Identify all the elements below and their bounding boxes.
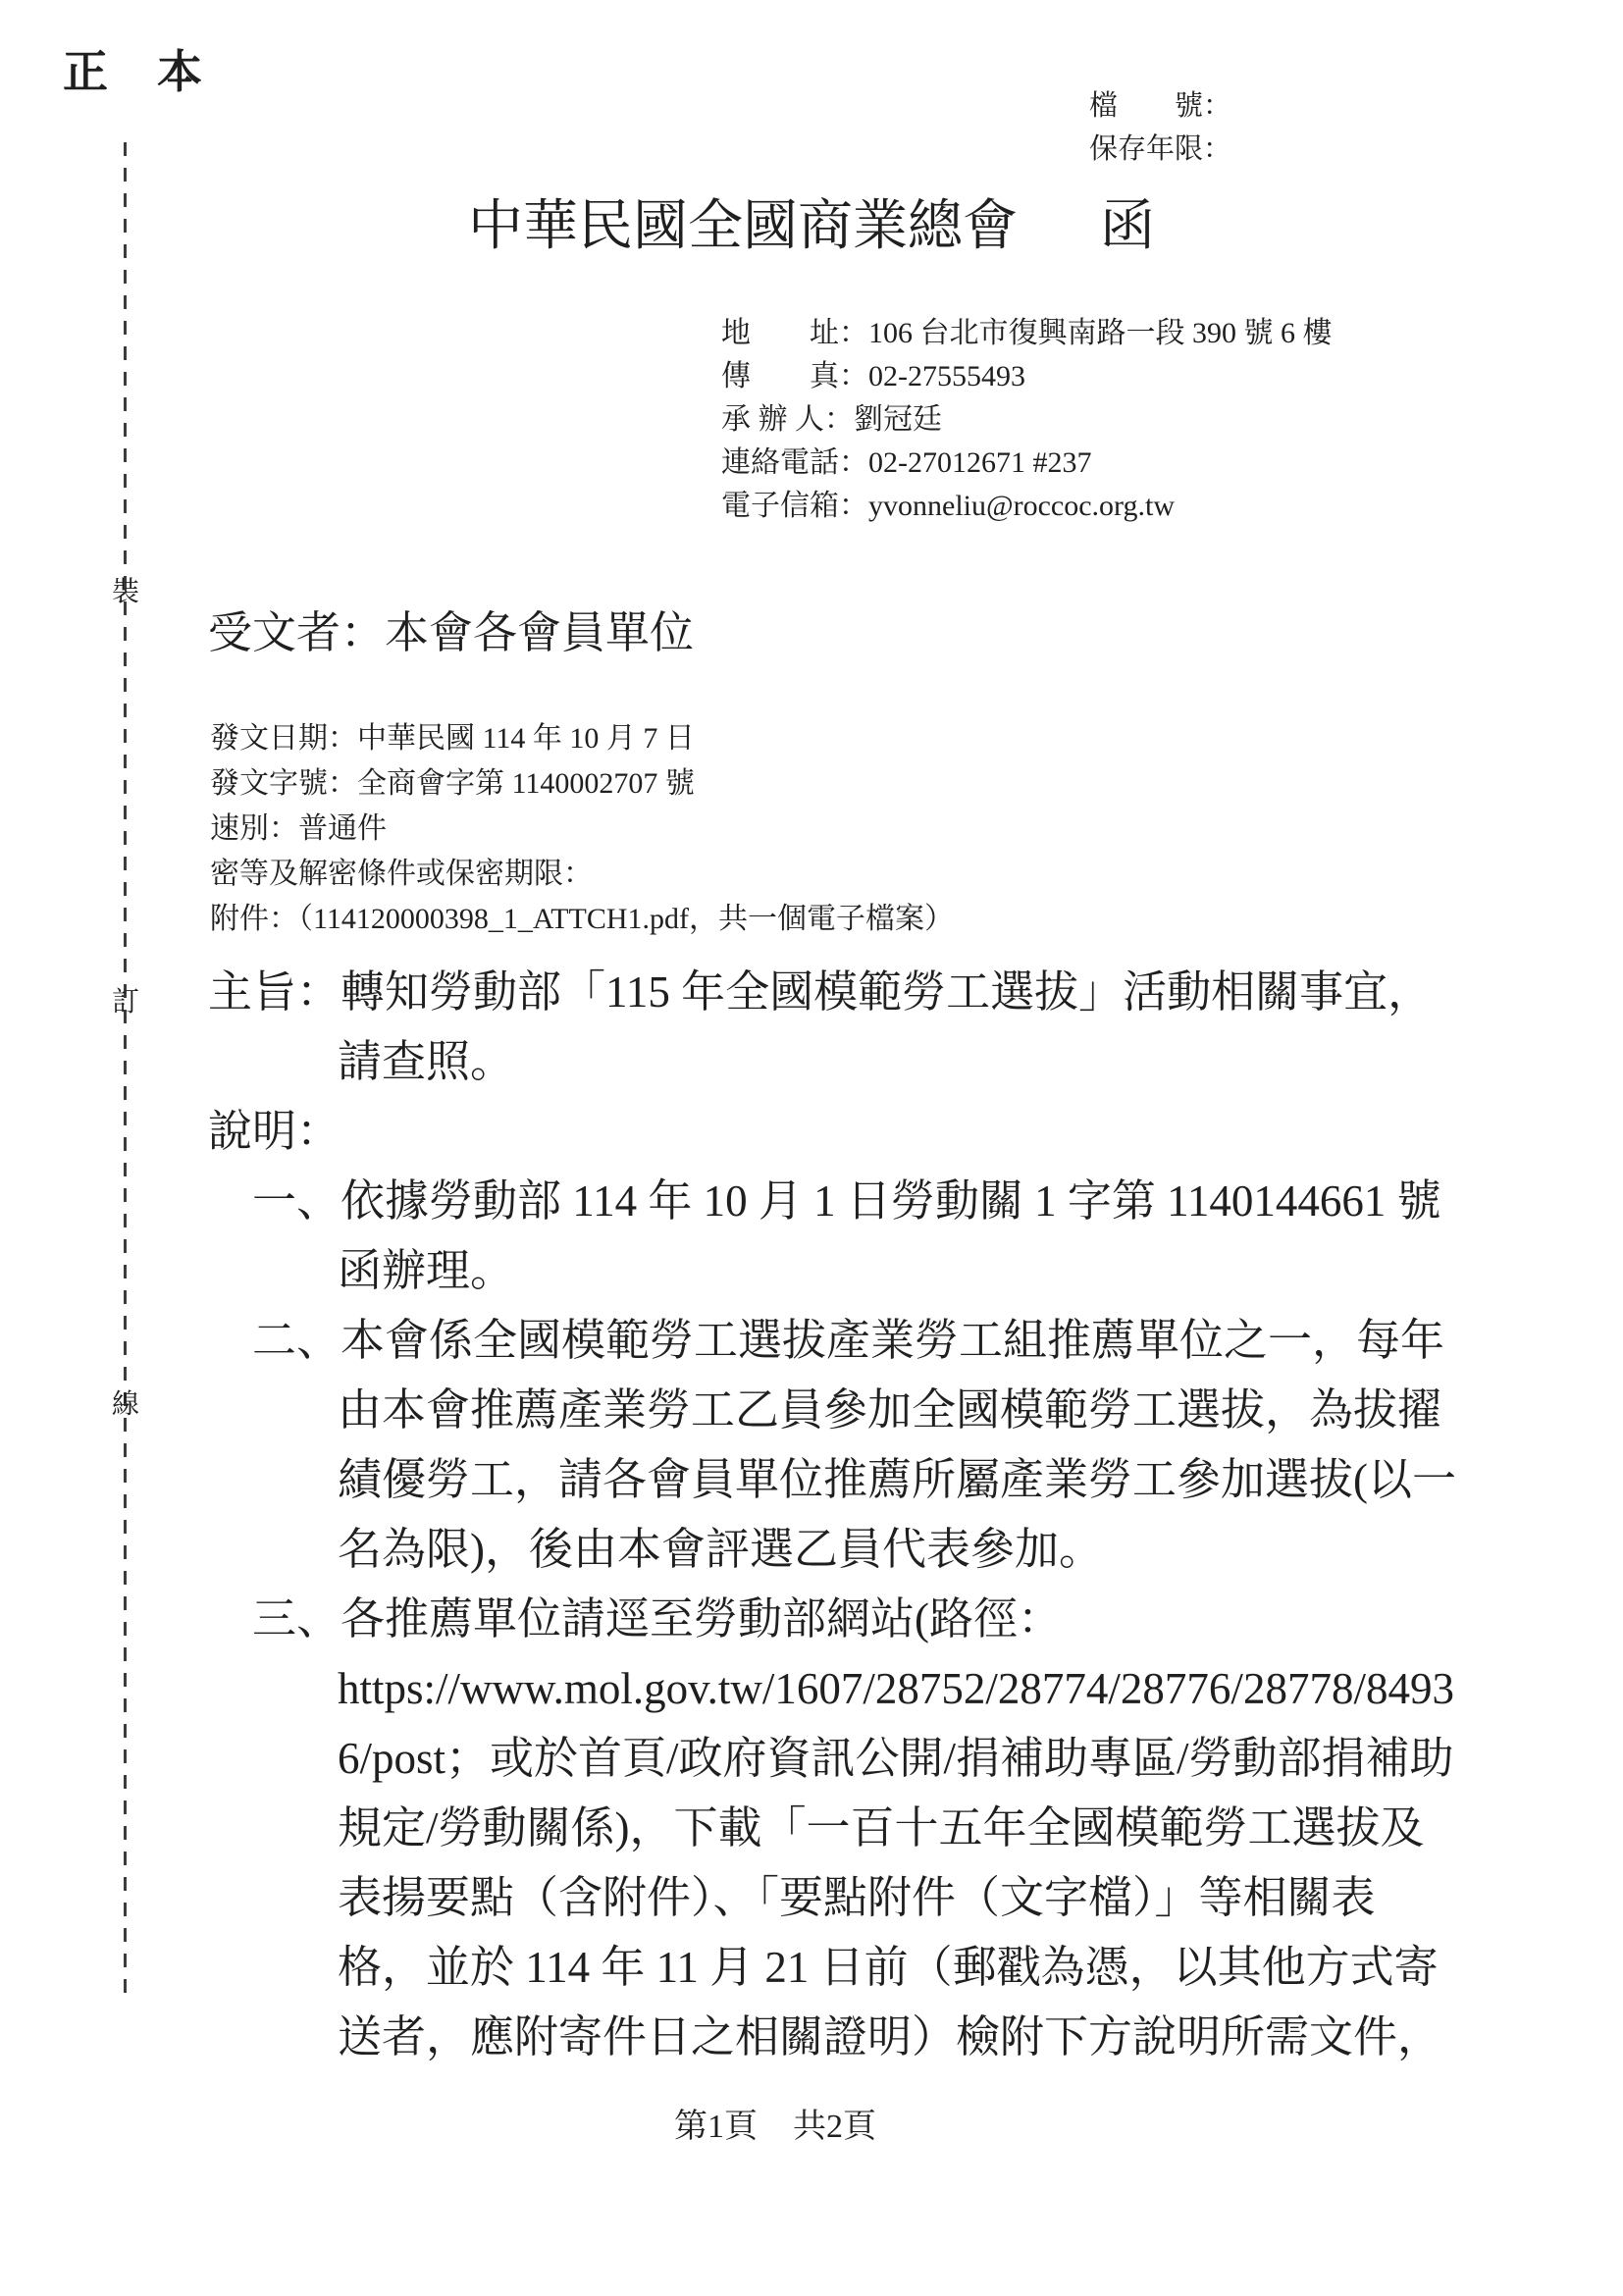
item-3-text: 各推薦單位請逕至勞動部網站(路徑： — [340, 1594, 1062, 1644]
item-2-text: 本會係全國模範勞工選拔產業勞工組推薦單位之一，每年 — [340, 1316, 1444, 1365]
issue-date-value: 中華民國 114 年 10 月 7 日 — [357, 722, 695, 755]
binding-dashed-line — [124, 142, 127, 2002]
item-2-line-2: 由本會推薦產業勞工乙員參加全國模範勞工選拔，為拔擢 — [338, 1376, 1513, 1445]
item-3-line-7: 送者，應附寄件日之相關證明）檢附下方說明所需文件， — [338, 2003, 1513, 2072]
explanation-heading: 說明： — [208, 1097, 1513, 1167]
recipient-line: 受文者：本會各會員單位 — [208, 604, 694, 661]
address-value: 106 台北市復興南路一段 390 號 6 樓 — [868, 317, 1333, 349]
recipient-label: 受文者： — [208, 608, 385, 657]
meta-row-security-class: 密等及解密條件或保密期限： — [210, 852, 954, 897]
attachment-value: （114120000398_1_ATTCH1.pdf，共一個電子檔案） — [298, 903, 954, 935]
item-1-number: 一、 — [252, 1167, 340, 1236]
meta-row-attachment: 附件：（114120000398_1_ATTCH1.pdf，共一個電子檔案） — [210, 897, 954, 942]
issue-date-label: 發文日期： — [210, 722, 357, 755]
issuing-org-name: 中華民國全國商業總會 — [468, 196, 1018, 257]
item-3-number: 三、 — [252, 1585, 340, 1654]
ref-number-value: 全商會字第 1140002707 號 — [357, 767, 695, 800]
ref-number-label: 發文字號： — [210, 767, 357, 800]
speed-class-value: 普通件 — [298, 812, 387, 845]
subject-line-2: 請查照。 — [338, 1027, 1513, 1097]
binding-mark-zhuang: 裝 — [110, 577, 141, 608]
contact-row-phone: 連絡電話：02-27012671 #237 — [721, 442, 1333, 485]
document-meta-block: 發文日期：中華民國 114 年 10 月 7 日 發文字號：全商會字第 1140… — [210, 716, 954, 942]
subject-line-1: 主旨：轉知勞動部「115 年全國模範勞工選拔」活動相關事宜， — [208, 958, 1513, 1027]
subject-label: 主旨： — [208, 967, 340, 1017]
item-3-line-4: 規定/勞動關係)，下載「一百十五年全國模範勞工選拔及 — [338, 1794, 1513, 1863]
officer-label: 承 辦 人： — [721, 403, 854, 436]
item-1-text: 依據勞動部 114 年 10 月 1 日勞動關 1 字第 1140144661 … — [340, 1176, 1441, 1226]
current-page-label: 第1頁 — [674, 2109, 758, 2145]
meta-row-ref-number: 發文字號：全商會字第 1140002707 號 — [210, 761, 954, 807]
document-type-label: 函 — [1100, 196, 1155, 257]
contact-info-block: 地 址：106 台北市復興南路一段 390 號 6 樓 傳 真：02-27555… — [721, 312, 1333, 528]
contact-row-officer: 承 辦 人：劉冠廷 — [721, 398, 1333, 442]
phone-label: 連絡電話： — [721, 446, 868, 479]
total-pages-label: 共2頁 — [793, 2109, 876, 2145]
item-2-line-1: 二、本會係全國模範勞工選拔產業勞工組推薦單位之一，每年 — [208, 1306, 1513, 1376]
document-title: 中華民國全國商業總會函 — [0, 194, 1623, 259]
item-3-line-1: 三、各推薦單位請逕至勞動部網站(路徑： — [208, 1585, 1513, 1654]
file-number-block: 檔 號： 保存年限： — [1089, 84, 1231, 171]
letter-body: 主旨：轉知勞動部「115 年全國模範勞工選拔」活動相關事宜， 請查照。 說明： … — [208, 958, 1513, 2072]
meta-row-speed-class: 速別：普通件 — [210, 807, 954, 852]
phone-value: 02-27012671 #237 — [868, 446, 1092, 479]
item-2-line-3: 績優勞工，請各會員單位推薦所屬產業勞工參加選拔(以一 — [338, 1445, 1513, 1515]
item-1-line-2: 函辦理。 — [338, 1236, 1513, 1306]
item-3-line-5: 表揚要點（含附件）、「要點附件（文字檔）」等相關表 — [338, 1863, 1513, 1933]
binding-mark-ding: 訂 — [110, 987, 141, 1018]
page-footer: 第1頁共2頁 — [0, 2106, 1550, 2149]
file-number-label: 檔 號： — [1089, 84, 1231, 128]
item-3-line-6: 格，並於 114 年 11 月 21 日前（郵戳為憑，以其他方式寄 — [338, 1933, 1513, 2003]
email-value: yvonneliu@roccoc.org.tw — [868, 490, 1175, 522]
contact-row-address: 地 址：106 台北市復興南路一段 390 號 6 樓 — [721, 312, 1333, 355]
binding-mark-xian: 線 — [110, 1389, 141, 1421]
copy-type-label: 正 本 — [63, 45, 204, 100]
fax-label: 傳 真： — [721, 360, 868, 392]
subject-text: 轉知勞動部「115 年全國模範勞工選拔」活動相關事宜， — [340, 967, 1432, 1017]
retention-period-label: 保存年限： — [1089, 128, 1231, 171]
fax-value: 02-27555493 — [868, 360, 1025, 392]
meta-row-issue-date: 發文日期：中華民國 114 年 10 月 7 日 — [210, 716, 954, 761]
security-class-label: 密等及解密條件或保密期限： — [210, 858, 593, 890]
recipient-value: 本會各會員單位 — [385, 608, 694, 657]
item-2-line-4: 名為限)，後由本會評選乙員代表參加。 — [338, 1515, 1513, 1585]
contact-row-fax: 傳 真：02-27555493 — [721, 355, 1333, 398]
officer-value: 劉冠廷 — [854, 403, 942, 436]
item-2-number: 二、 — [252, 1306, 340, 1376]
item-1-line-1: 一、依據勞動部 114 年 10 月 1 日勞動關 1 字第 114014466… — [208, 1167, 1513, 1236]
document-page: 正 本 檔 號： 保存年限： 中華民國全國商業總會函 地 址：106 台北市復興… — [0, 0, 1623, 2296]
item-3-line-3: 6/post；或於首頁/政府資訊公開/捐補助專區/勞動部捐補助 — [338, 1724, 1513, 1794]
attachment-label: 附件： — [210, 903, 298, 935]
speed-class-label: 速別： — [210, 812, 298, 845]
email-label: 電子信箱： — [721, 490, 868, 522]
item-3-line-2-url: https://www.mol.gov.tw/1607/28752/28774/… — [338, 1654, 1513, 1724]
contact-row-email: 電子信箱：yvonneliu@roccoc.org.tw — [721, 485, 1333, 528]
address-label: 地 址： — [721, 317, 868, 349]
